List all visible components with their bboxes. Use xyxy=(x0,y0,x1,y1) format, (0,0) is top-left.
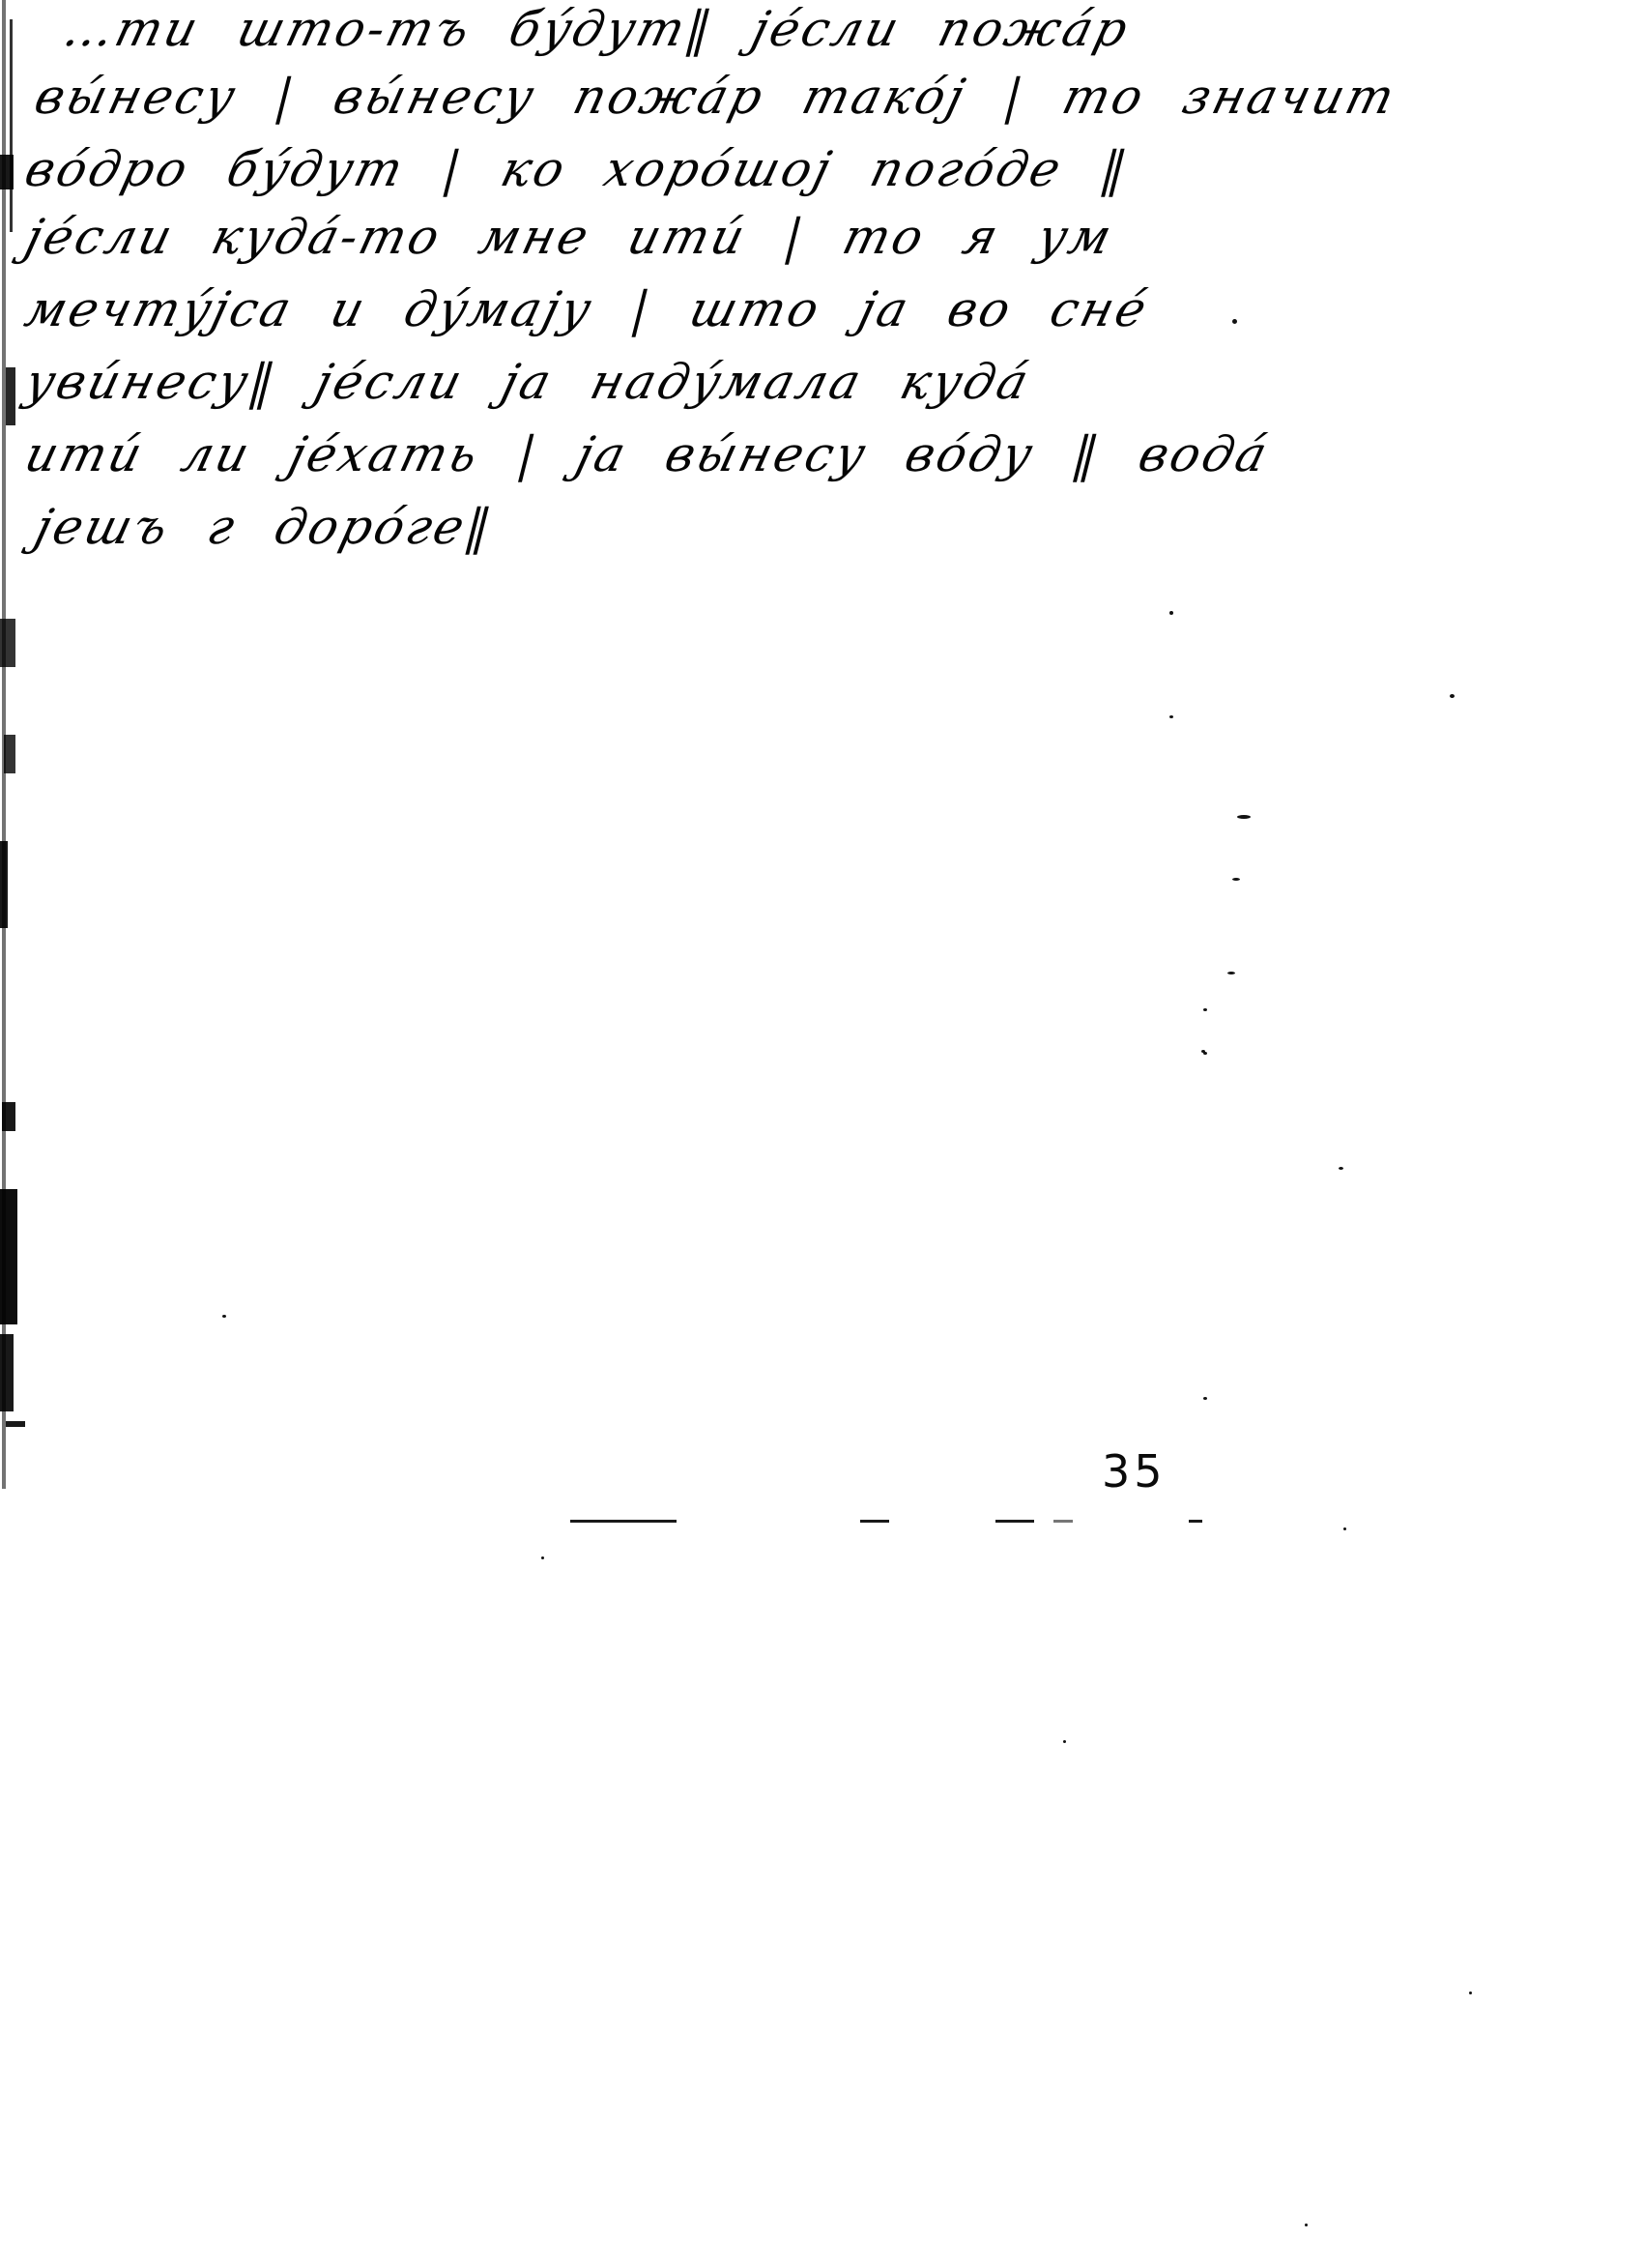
handwritten-text-block: …ти што-тъ бýдут‖ jéсли пожáр вы́несу | … xyxy=(0,0,1256,599)
manuscript-line: jéсли кудá-то мне итú | то я ум xyxy=(19,208,1120,266)
manuscript-page: …ти што-тъ бýдут‖ jéсли пожáр вы́несу | … xyxy=(0,0,1643,2268)
manuscript-line: увúнесу‖ jéсли ja надýмала кудá xyxy=(19,353,1037,411)
manuscript-line: …ти што-тъ бýдут‖ jéсли пожáр xyxy=(58,0,1137,58)
manuscript-line: jешъ г дорóге‖ xyxy=(29,498,501,556)
manuscript-line: вы́несу | вы́несу пожáр такóј | то значи… xyxy=(29,68,1403,126)
manuscript-line: мечтýјса и дýмају | што ja во снé xyxy=(19,280,1155,338)
manuscript-line: вóдро бýдут | ко хорóшој погóде ‖ xyxy=(19,140,1136,198)
dashed-baseline-rule xyxy=(570,1520,1208,1526)
manuscript-line: итú ли jéхать | ja вы́несу вóду ‖ водá xyxy=(19,425,1276,483)
page-number: 35 xyxy=(1102,1445,1167,1497)
